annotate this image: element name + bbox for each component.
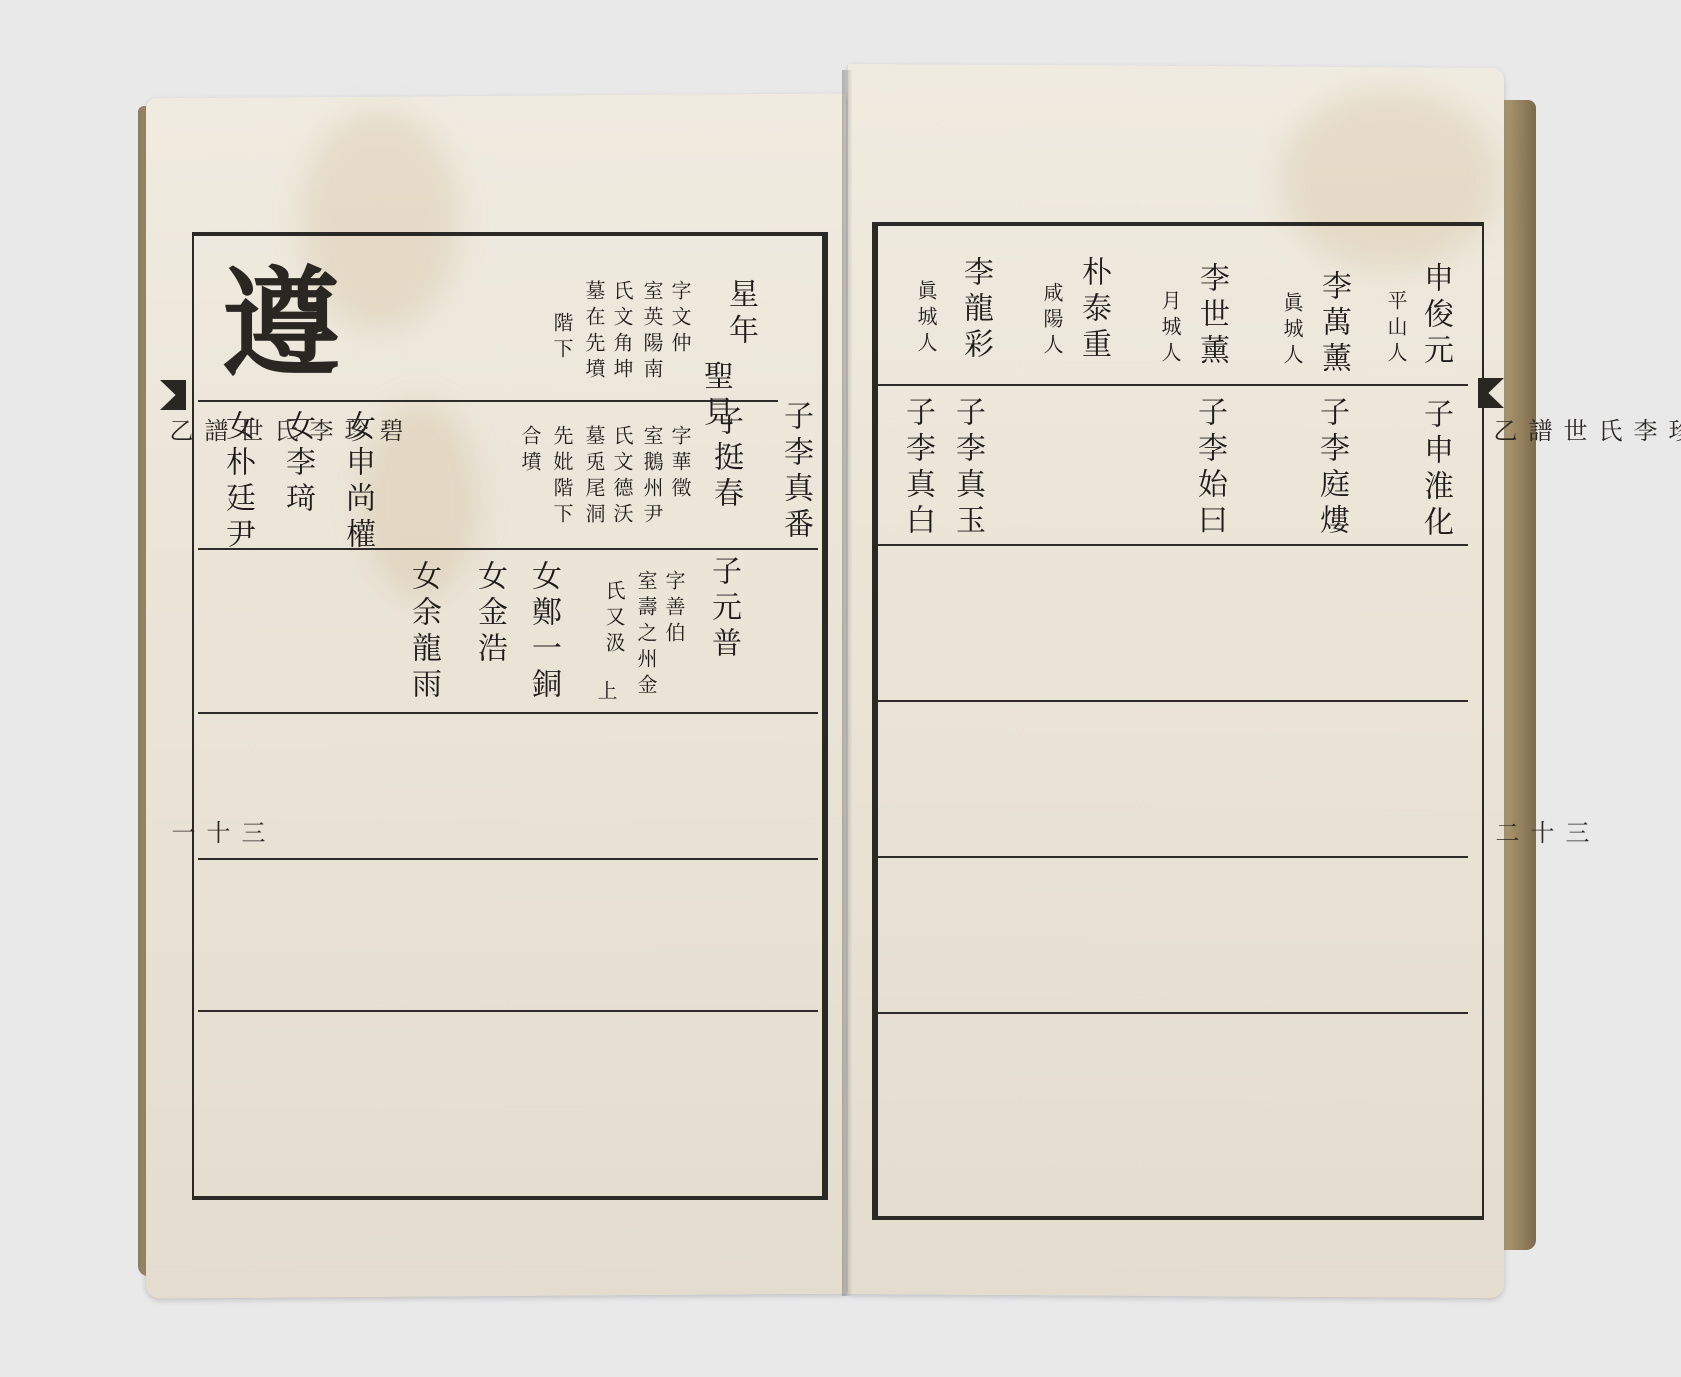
spouse-origin: 咸陽人 (1042, 282, 1062, 360)
note-column: 字華徵 (670, 425, 690, 503)
spouse-name: 申俊元 (1420, 262, 1450, 370)
note-column: 室壽之州金 (636, 570, 656, 700)
spouse-origin: 平山人 (1386, 290, 1406, 368)
daughter-entry: 女鄭一銅 (528, 560, 558, 704)
note-column: 階下 (552, 312, 572, 364)
spouse-name: 李世薰 (1196, 262, 1226, 370)
note-column: 字善伯 (664, 570, 684, 648)
note-column: 先妣階下 (552, 425, 572, 529)
spouse-origin: 眞城人 (916, 280, 936, 358)
daughter-entry: 女余龍雨 (408, 560, 438, 704)
note-column: 字文仲 (670, 280, 690, 358)
daughter-entry: 女金浩 (474, 560, 504, 668)
note-column: 上 (596, 680, 616, 706)
note-column: 墓在先墳 (584, 280, 604, 384)
row-divider (198, 858, 818, 860)
left-folio-number: 三十一 (164, 820, 269, 848)
row-divider (198, 400, 778, 402)
row-divider (878, 384, 1468, 386)
book-gutter (842, 70, 852, 1296)
note-column: 室英陽南 (642, 280, 662, 384)
note-column: 氏又汲 (604, 580, 624, 658)
child-entry: 子李真玉 (952, 396, 982, 540)
row-divider (878, 544, 1468, 546)
spouse-name: 李萬薰 (1318, 270, 1348, 378)
left-margin-title: 碧珍李氏世譜乙 (162, 418, 407, 446)
son-entry: 子挺春 (710, 405, 740, 513)
row-divider (878, 856, 1468, 858)
row-divider (198, 1010, 818, 1012)
row-divider (198, 712, 818, 714)
spouse-origin: 眞城人 (1282, 292, 1302, 370)
note-column: 室鵝州尹 (642, 425, 662, 529)
note-column: 墓兎尾洞 (584, 425, 604, 529)
child-entry: 子李庭熡 (1316, 396, 1346, 540)
row-divider (878, 1012, 1468, 1014)
spouse-origin: 月城人 (1160, 290, 1180, 368)
note-column: 氏文德沃 (612, 425, 632, 529)
seal-character: 遵 (222, 265, 342, 395)
child-entry: 子申淮化 (1420, 398, 1450, 542)
spouse-name: 李龍彩 (960, 256, 990, 364)
row-divider (878, 700, 1468, 702)
note-column: 合墳 (520, 425, 540, 477)
son-entry: 子李真番 (780, 400, 810, 544)
right-margin-title: 碧珍李氏世譜乙 (1486, 418, 1681, 446)
spouse-name: 朴泰重 (1078, 256, 1108, 364)
child-entry: 子李始曰 (1194, 396, 1224, 540)
entry-main: 星年 (725, 278, 755, 350)
row-divider (198, 548, 818, 550)
right-folio-number: 三十二 (1488, 820, 1593, 848)
son-entry: 子元普 (708, 555, 738, 663)
note-column: 氏文角坤 (612, 280, 632, 384)
child-entry: 子李真白 (902, 396, 932, 540)
right-print-frame (872, 222, 1484, 1220)
